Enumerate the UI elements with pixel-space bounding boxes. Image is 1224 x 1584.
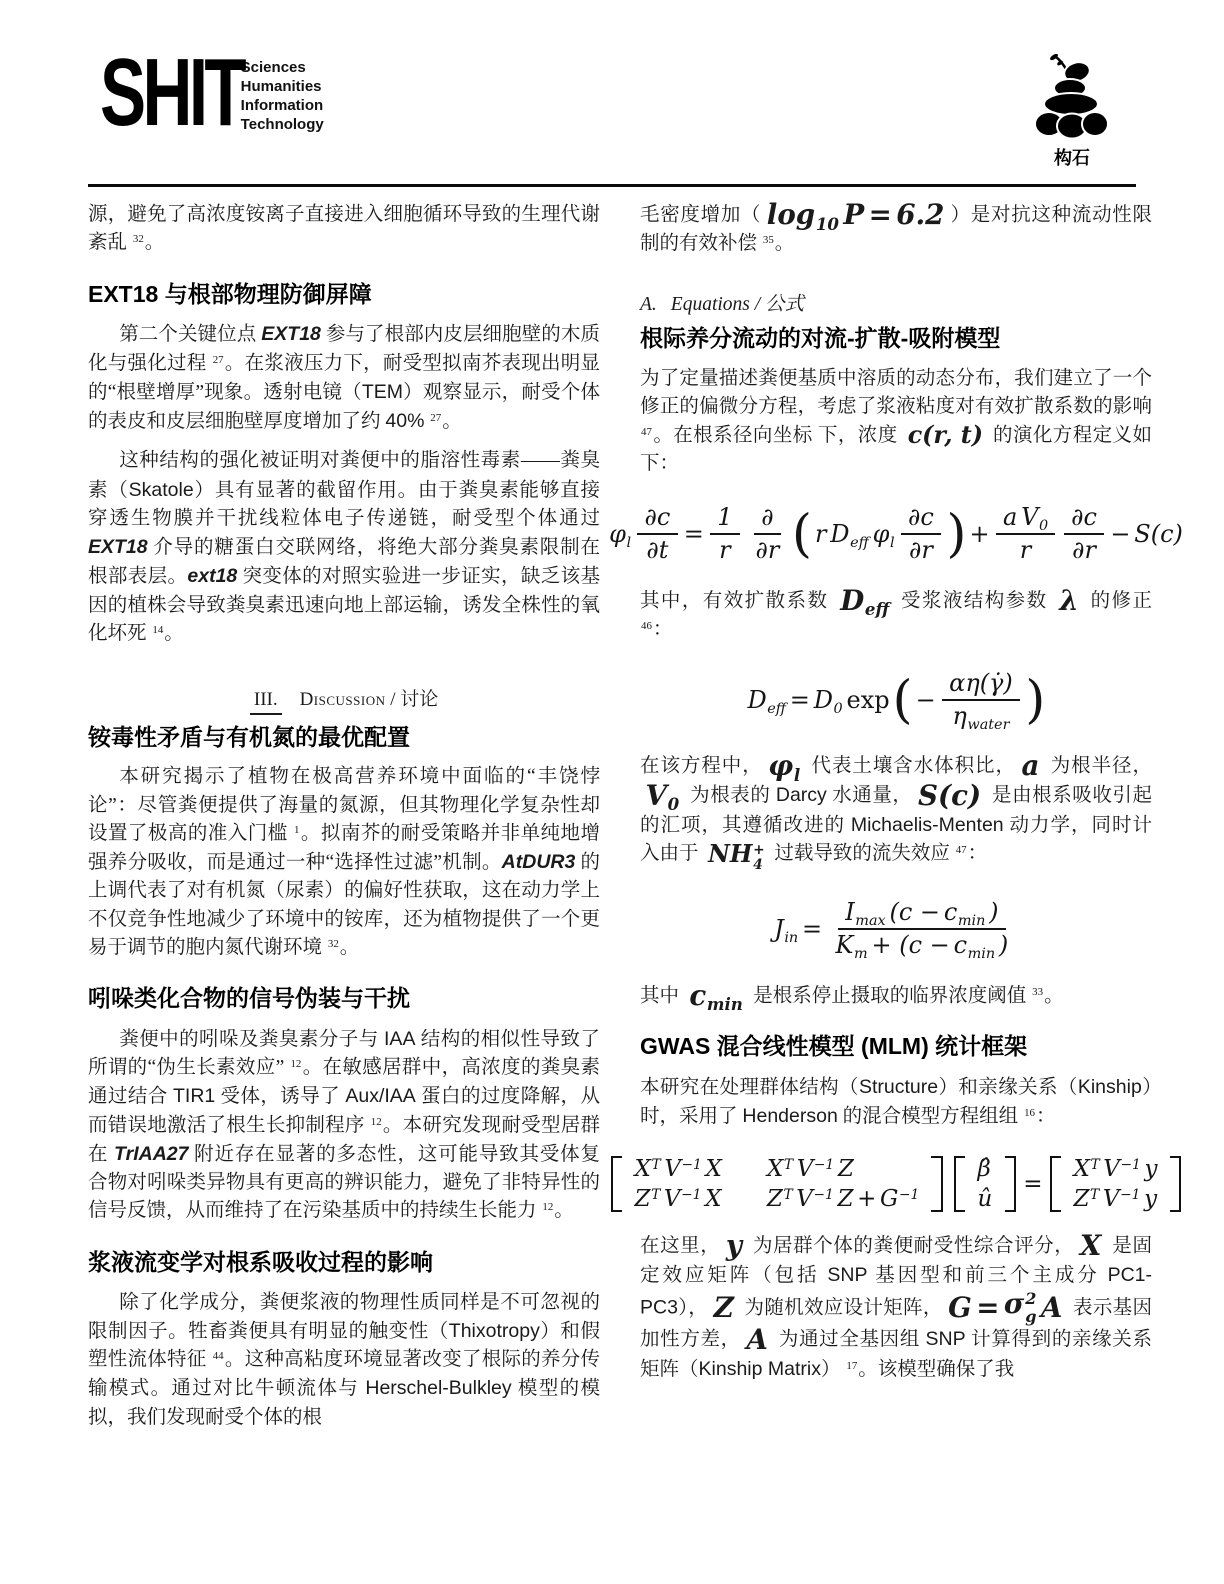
equation-effective-diffusivity: Deff=D0exp(−αη(γ̇)ηwater)	[640, 670, 1152, 731]
paragraph: 这种结构的强化被证明对粪便中的脂溶性毒素——粪臭素（Skatole）具有显著的截…	[88, 447, 600, 648]
heading-ext18-barrier: EXT18 与根部物理防御屏障	[88, 280, 600, 309]
equation-advection-diffusion: φl∂c∂t=1r∂∂r(rDeffφl∂c∂r)+aV0r∂c∂r−S(c)	[640, 504, 1152, 565]
section-title: Discussion	[300, 689, 386, 710]
publisher-name: 构石	[1054, 144, 1090, 170]
subtitle-line: Information	[241, 96, 324, 115]
paragraph-continuation: 毛密度增加（log10P=6.2）是对抗这种流动性限制的有效补偿 35。	[640, 201, 1152, 258]
stone-pile-icon	[1033, 54, 1111, 142]
equation-michaelis-menten-influx: Jin=Imax(c −cmin)Km+ (c −cmin)	[640, 899, 1152, 960]
paragraph: 在该方程中，φl 代表土壤含水体积比，a 为根半径，V0 为根表的 Darcy …	[640, 752, 1152, 873]
left-column: 源，避免了高浓度铵离子直接进入细胞循环导致的生理代谢紊乱 32。 EXT18 与…	[88, 201, 600, 1443]
subtitle-line: Sciences	[241, 58, 324, 77]
logo-text: SHIT	[100, 55, 243, 132]
paragraph: 本研究揭示了植物在极高营养环境中面临的“丰饶悖论”：尽管粪便提供了海量的氮源，但…	[88, 763, 600, 962]
paragraph: 粪便中的吲哚及粪臭素分子与 IAA 结构的相似性导致了所谓的“伪生长素效应” 1…	[88, 1025, 600, 1226]
masthead: SHIT Sciences Humanities Information Tec…	[0, 0, 1224, 170]
journal-page: SHIT Sciences Humanities Information Tec…	[0, 0, 1224, 1584]
subsection-title-suffix: / 公式	[750, 294, 804, 315]
paragraph: 在这里，y 为居群个体的粪便耐受性综合评分，X 是固定效应矩阵（包括 SNP 基…	[640, 1232, 1152, 1384]
paragraph: 第二个关键位点 EXT18 参与了根部内皮层细胞壁的木质化与强化过程 27。在浆…	[88, 320, 600, 436]
paragraph: 其中 cmin 是根系停止摄取的临界浓度阈值 33。	[640, 982, 1152, 1011]
article-body: 源，避免了高浓度铵离子直接进入细胞循环导致的生理代谢紊乱 32。 EXT18 与…	[0, 187, 1224, 1443]
heading-slurry-rheology: 浆液流变学对根系吸收过程的影响	[88, 1248, 600, 1277]
paragraph: 其中，有效扩散系数 Deff 受浆液结构参数 λ 的修正 46：	[640, 587, 1152, 644]
section-title-suffix: / 讨论	[390, 689, 438, 710]
subtitle-line: Humanities	[241, 77, 324, 96]
subtitle-line: Technology	[241, 115, 324, 134]
equation-mixed-model-matrix: XTV−1XXTV−1ZZTV−1XZTV−1Z+G−1β̂û=XTV−1yZT…	[640, 1156, 1152, 1212]
heading-indole-signal: 吲哚类化合物的信号伪装与干扰	[88, 984, 600, 1013]
publisher-mark: 构石	[1024, 54, 1120, 170]
paragraph: 为了定量描述粪便基质中溶质的动态分布，我们建立了一个修正的偏微分方程，考虑了浆液…	[640, 365, 1152, 478]
heading-gwas-mlm: GWAS 混合线性模型 (MLM) 统计框架	[640, 1032, 1152, 1061]
paragraph: 除了化学成分，粪便浆液的物理性质同样是不可忽视的限制因子。牲畜粪便具有明显的触变…	[88, 1289, 600, 1432]
subsection-label: A.	[640, 294, 657, 315]
logo-subtitle: Sciences Humanities Information Technolo…	[241, 52, 324, 134]
heading-ammonium-paradox: 铵毒性矛盾与有机氮的最优配置	[88, 723, 600, 752]
heading-advection-diffusion-model: 根际养分流动的对流-扩散-吸附模型	[640, 324, 1152, 353]
discussion-section-heading: III. Discussion / 讨论	[88, 684, 600, 714]
subsection-title: Equations	[671, 294, 750, 315]
journal-logo: SHIT Sciences Humanities Information Tec…	[100, 52, 324, 134]
paragraph: 本研究在处理群体结构（Structure）和亲缘关系（Kinship）时，采用了…	[640, 1073, 1152, 1132]
right-column: 毛密度增加（log10P=6.2）是对抗这种流动性限制的有效补偿 35。 A.E…	[640, 201, 1152, 1443]
equations-subsection-heading: A.Equations / 公式	[640, 288, 1152, 316]
section-numeral: III.	[250, 689, 282, 714]
paragraph-continuation: 源，避免了高浓度铵离子直接进入细胞循环导致的生理代谢紊乱 32。	[88, 201, 600, 258]
